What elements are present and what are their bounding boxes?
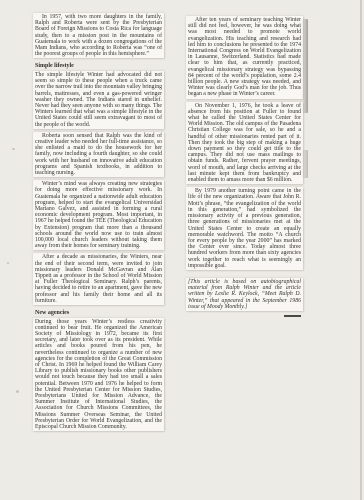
paragraph: In 1957, with two more daughters in the … — [33, 13, 164, 58]
section-heading-simple-lifestyle: Simple lifestyle — [33, 62, 164, 70]
paragraph: After ten years of seminary teaching Win… — [186, 16, 303, 99]
photocopy-shadow — [302, 150, 308, 178]
paragraph: The simple lifestyle Winter had advocate… — [33, 71, 164, 129]
scan-speck — [16, 390, 19, 393]
left-column: In 1957, with two more daughters in the … — [33, 13, 164, 434]
scan-speck — [7, 262, 9, 264]
paragraph: During those years Winter’s restless cre… — [33, 318, 164, 432]
photocopy-shadow — [302, 19, 308, 113]
right-column: After ten years of seminary teaching Win… — [186, 16, 303, 317]
paragraph: Winter’s mind was always creating new st… — [33, 180, 164, 250]
page-edge-line — [360, 0, 362, 500]
paragraph: By 1979 another turning point came in th… — [186, 187, 303, 270]
paragraph: Roberta soon sensed that Ralph was the k… — [33, 132, 164, 177]
paragraph: On November 1, 1976, he took a leave of … — [186, 102, 303, 185]
end-rule — [284, 315, 301, 317]
editorial-note: [This article is based on autobiographic… — [186, 278, 303, 311]
document-page: In 1957, with two more daughters in the … — [0, 0, 364, 500]
section-heading-new-agencies: New agencies — [33, 309, 164, 317]
scan-speck — [12, 148, 15, 150]
paragraph: After a decade as missionaries, the Wint… — [33, 253, 164, 305]
